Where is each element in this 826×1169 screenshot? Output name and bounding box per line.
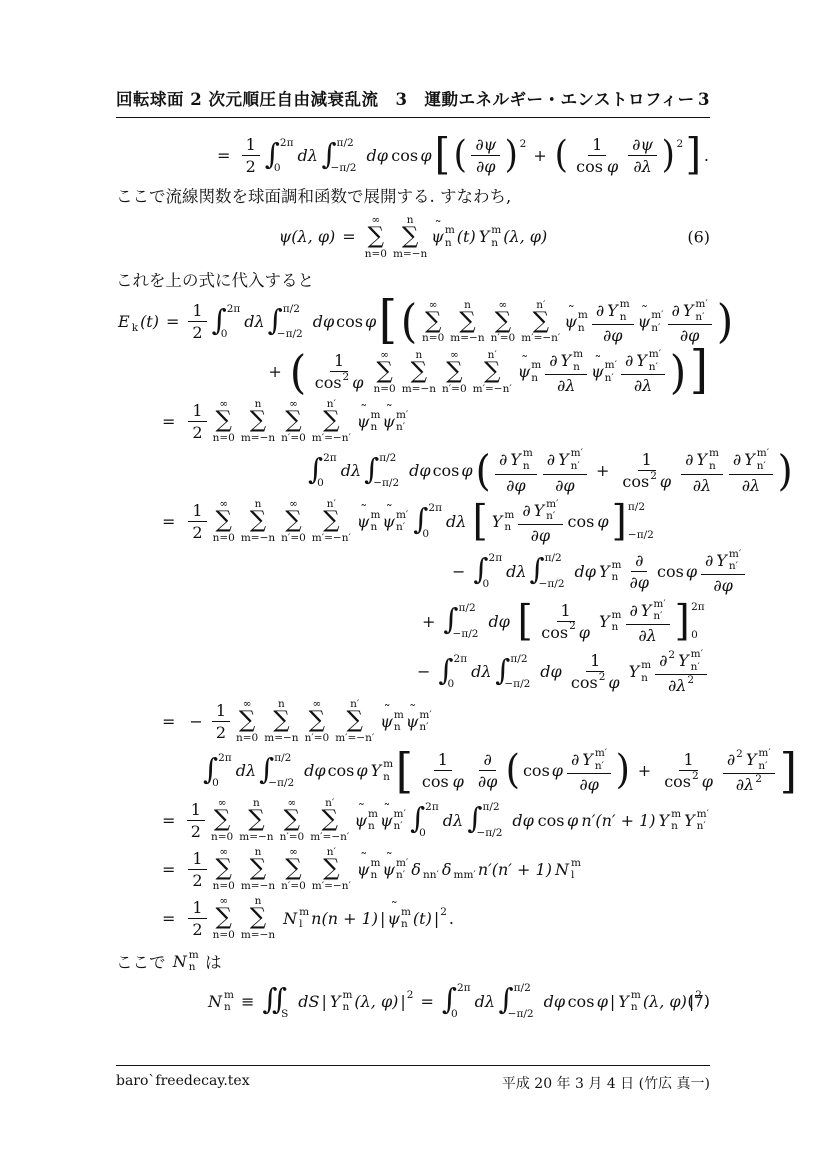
- script-base: Y: [599, 562, 610, 581]
- scripted-symbol: δnn′: [410, 860, 439, 879]
- fraction-numerator: ∂Ym′n′: [567, 747, 611, 774]
- accented-base: ˜ψ: [591, 362, 604, 381]
- fraction: ∂Ym′n′∂λ: [621, 348, 665, 395]
- script-stack: mn: [504, 509, 514, 534]
- math-symbol: ∂φ: [630, 573, 649, 592]
- math-symbol: cos: [336, 312, 363, 331]
- scripted-symbol: ˜ψmn: [387, 906, 411, 931]
- delimiter-glyph: ): [778, 452, 793, 491]
- scripted-symbol: Ymn: [329, 989, 353, 1014]
- delimiter: (: [554, 138, 568, 172]
- script-sup: m: [401, 906, 411, 919]
- math-symbol: 1: [246, 135, 256, 154]
- script-sub: n: [612, 571, 622, 584]
- sigma-glyph: ∑: [248, 809, 264, 831]
- math-symbol: =: [166, 312, 179, 331]
- math-symbol: cos: [315, 373, 342, 392]
- math-symbol: 2: [246, 157, 256, 176]
- eq-7-norm-definition: Nmn≡∬SdS|Ymn(λ, φ)|2=∫2π0dλ∫π/2−π/2dφcos…: [116, 981, 710, 1021]
- integral-upper-limit: π/2: [545, 553, 571, 564]
- sum-operator: ∞∑n=0: [365, 214, 387, 260]
- tilde-accent: ˜: [595, 356, 602, 370]
- eq-ek-line6: −∫2π0dλ∫π/2−π/2dφYmn∂∂φcosφ∂Ym′n′∂φ: [116, 548, 710, 595]
- math-symbol: ∂λ: [742, 476, 760, 495]
- integral-upper-limit: 2π: [323, 453, 337, 464]
- delimiter-glyph: ]: [686, 136, 701, 176]
- scripted-symbol: ˜ψm′n′: [591, 359, 617, 384]
- accented-base: ˜ψ: [387, 909, 400, 928]
- delimiter-glyph: [: [396, 749, 413, 793]
- script-stack: m′n′: [546, 498, 558, 523]
- delimiter: [: [472, 502, 488, 541]
- math-symbol: φ: [597, 992, 608, 1011]
- fraction-denominator: ∂φ: [527, 525, 554, 545]
- scripted-symbol: Ymn: [560, 348, 584, 373]
- script-base: Y: [492, 512, 503, 531]
- math-symbol: φ: [461, 461, 472, 480]
- fraction: ∂Ymn∂λ: [545, 348, 587, 395]
- delimiter-glyph: [: [473, 502, 488, 541]
- fraction-numerator: 1: [188, 849, 206, 870]
- script-sub: n′: [571, 460, 583, 473]
- script-sup: m′: [653, 598, 665, 611]
- script-stack: mn: [370, 509, 380, 534]
- math-symbol: ∂: [672, 301, 680, 320]
- scripted-symbol: ˜ψm′n′: [638, 309, 664, 334]
- fraction: ∂ψ∂λ: [628, 135, 657, 176]
- math-symbol: 2: [192, 423, 202, 442]
- sum-lower-limit: n=0: [373, 383, 395, 395]
- math-symbol: φ: [702, 772, 713, 791]
- sigma-glyph: ∑: [273, 710, 289, 732]
- scripted-symbol: ˜ψmn: [380, 709, 404, 734]
- script-sup: m: [578, 309, 588, 322]
- sum-lower-limit: n′=0: [491, 332, 516, 344]
- delimiter: ]π/2−π/2: [611, 502, 654, 541]
- delimiter-glyph: ]: [674, 602, 689, 641]
- script-stack: m′n′: [419, 709, 431, 734]
- scripted-symbol: ˜ψmn: [518, 359, 542, 384]
- math-symbol: cos: [422, 772, 449, 791]
- accented-base: ˜ψ: [638, 312, 651, 331]
- math-symbol: =: [162, 412, 175, 431]
- script-sup: m′: [691, 648, 703, 661]
- math-symbol: |: [380, 909, 385, 928]
- equation-number: (6): [687, 227, 710, 246]
- fraction: 1cos2φ: [311, 351, 368, 392]
- math-symbol: dφ: [544, 992, 565, 1011]
- tilde-accent: ˜: [383, 804, 390, 818]
- math-symbol: (t): [140, 312, 159, 331]
- script-sup: m: [370, 857, 380, 870]
- sigma-glyph: ∑: [323, 410, 339, 432]
- integral-lower-limit: 0: [317, 478, 331, 489]
- math-symbol: φ: [420, 146, 431, 165]
- fraction-numerator: 1: [188, 898, 206, 919]
- math-symbol: ∂: [483, 750, 491, 769]
- script-sup: m: [368, 808, 378, 821]
- fraction: 12: [188, 401, 206, 442]
- accented-base: ˜ψ: [382, 412, 395, 431]
- scripted-symbol: Ymn: [695, 447, 719, 472]
- integral-lower-limit: −π/2: [476, 828, 502, 839]
- fraction-denominator: ∂λ2: [664, 675, 698, 695]
- scripted-symbol: ˜ψm′n′: [382, 409, 408, 434]
- script-sub: n: [523, 460, 533, 473]
- math-symbol: 2: [216, 723, 226, 742]
- scripted-symbol: Ym′n′: [715, 548, 741, 573]
- eq-ek-line2: +(1cos2φ∞∑n=0n∑m=−n∞∑n′=0n′∑m′=−n′˜ψmn∂Y…: [116, 348, 710, 395]
- math-symbol: =: [162, 712, 175, 731]
- script-base: Y: [561, 351, 572, 370]
- fraction-denominator: ∂λ: [630, 375, 656, 395]
- script-base: Y: [659, 811, 670, 830]
- fraction-numerator: 1: [330, 351, 348, 372]
- math-symbol: ∂φ: [531, 526, 550, 545]
- fraction: ∂Ym′n′∂λ: [626, 598, 670, 645]
- script-stack: m′n′: [757, 447, 769, 472]
- eq-ek-line12: =12∞∑n=0n∑m=−n∞∑n′=0n′∑m′=−n′˜ψmn˜ψm′n′δ…: [116, 846, 710, 892]
- page-footer: baro`freedecay.tex 平成 20 年 3 月 4 日 (竹広 真…: [116, 1066, 710, 1093]
- sigma-glyph: ∑: [323, 510, 339, 532]
- integral-operator: ∫π/2−π/2: [321, 136, 363, 176]
- delimiter-glyph: ]: [690, 348, 708, 395]
- math-symbol: ∂: [659, 651, 667, 670]
- eq-ek-line4: ∫2π0dλ∫π/2−π/2dφcosφ(∂Ymn∂φ∂Ym′n′∂φ+1cos…: [116, 447, 710, 494]
- scripted-symbol: Ymn: [658, 808, 682, 833]
- integral-operator: ∫π/2−π/2: [443, 601, 485, 641]
- fraction: ∂Ymn∂φ: [592, 298, 634, 345]
- sum-lower-limit: m′=−n′: [473, 383, 512, 395]
- scripted-symbol: Ym′n′: [743, 447, 769, 472]
- script-sub: n′: [419, 721, 431, 734]
- delimiter-glyph: [: [379, 298, 397, 345]
- script-sup: m: [612, 559, 622, 572]
- fraction-numerator: 1: [588, 135, 606, 156]
- script-sub: n′: [396, 421, 408, 434]
- math-symbol: +: [596, 461, 609, 480]
- math-symbol: |: [400, 992, 405, 1011]
- sigma-glyph: ∑: [459, 311, 475, 333]
- math-symbol: φ: [686, 562, 697, 581]
- sigma-glyph: ∑: [250, 510, 266, 532]
- sigma-glyph: ∑: [425, 311, 441, 333]
- delimiter-glyph: (: [401, 300, 418, 342]
- accented-base: ˜ψ: [380, 712, 393, 731]
- delimiter: [: [395, 749, 414, 793]
- fraction-numerator: ∂Ym′n′: [729, 447, 773, 474]
- integral-lower-limit: 0: [212, 778, 226, 789]
- integral-upper-limit: 2π: [218, 753, 232, 764]
- math-symbol: 1: [191, 800, 201, 819]
- fraction-denominator: cos2φ: [537, 622, 594, 642]
- script-sup: m: [383, 758, 393, 771]
- math-symbol: =: [162, 909, 175, 928]
- math-symbol: ∂: [522, 501, 530, 520]
- tilde-accent: ˜: [409, 705, 416, 719]
- script-base: Y: [629, 662, 640, 681]
- integral-upper-limit: π/2: [283, 304, 309, 315]
- script-sup: m: [571, 857, 581, 870]
- math-symbol: φ: [567, 811, 578, 830]
- script-sub: n: [368, 820, 378, 833]
- fraction-denominator: ∂φ: [502, 475, 529, 495]
- script-sub: n′: [758, 760, 770, 773]
- sum-operator: ∞∑n′=0: [442, 349, 467, 395]
- math-symbol: dλ: [341, 461, 361, 480]
- text-run: ここで: [116, 949, 171, 973]
- delimiter: (: [289, 351, 307, 393]
- integral-lower-limit: S: [281, 1009, 288, 1020]
- math-symbol: dλ: [443, 811, 463, 830]
- math-symbol: (t): [457, 227, 476, 246]
- math-symbol: dφ: [304, 761, 325, 780]
- math-symbol: −: [189, 712, 202, 731]
- script-base: Y: [744, 450, 755, 469]
- script-stack: m′n′: [649, 348, 661, 373]
- scripted-symbol: ˜ψm′n′: [382, 509, 408, 534]
- script-stack: mn: [368, 808, 378, 833]
- math-symbol: =: [342, 227, 355, 246]
- script-sub: n: [445, 237, 455, 250]
- math-symbol: dφ: [575, 562, 596, 581]
- fraction: ∂Ymn∂φ: [495, 447, 537, 494]
- tilde-accent: ˜: [360, 405, 367, 419]
- integral-operator: ∫π/2−π/2: [364, 451, 406, 491]
- math-symbol: dφ: [366, 146, 387, 165]
- sigma-glyph: ∑: [214, 809, 230, 831]
- math-symbol: dφ: [512, 811, 533, 830]
- eq-ek-line7: +∫π/2−π/2dφ[1cos2φYmn∂Ym′n′∂λ]2π0: [116, 598, 710, 645]
- math-symbol: 1: [683, 750, 693, 769]
- script-stack: mn: [342, 989, 352, 1014]
- fraction-denominator: cosφ: [572, 156, 622, 176]
- fraction-denominator: ∂λ: [738, 475, 764, 495]
- delimiter: ): [669, 351, 687, 393]
- integral-lower-limit: 0: [451, 1009, 465, 1020]
- math-symbol: +: [533, 146, 546, 165]
- sum-lower-limit: n=0: [213, 880, 235, 892]
- math-symbol: cos: [328, 761, 355, 780]
- script-stack: mn: [401, 906, 411, 931]
- sum-lower-limit: m=−n: [264, 732, 298, 744]
- scripted-symbol: Ymn: [491, 509, 515, 534]
- delimiter: [: [434, 136, 451, 176]
- delimiter: ): [777, 452, 793, 491]
- script-stack: mn: [709, 447, 719, 472]
- math-symbol: |: [434, 909, 439, 928]
- superscript: 2: [520, 138, 527, 150]
- fraction-denominator: 2: [188, 919, 206, 939]
- scripted-symbol: Ymn: [370, 758, 394, 783]
- script-base: N: [555, 860, 569, 879]
- sum-lower-limit: n=0: [213, 532, 235, 544]
- script-sup: m: [504, 509, 514, 522]
- math-symbol: dλ: [244, 312, 264, 331]
- script-sup: m′: [695, 298, 707, 311]
- footer-date: 平成 20 年 3 月 4 日 (竹広 真一): [502, 1073, 710, 1093]
- script-sup: m′: [649, 348, 661, 361]
- integral-limits: π/2−π/2: [272, 751, 298, 791]
- script-stack: m′n′: [758, 747, 770, 772]
- fraction-numerator: ∂Ym′n′: [626, 598, 670, 625]
- tilde-accent: ˜: [358, 804, 365, 818]
- scripted-symbol: δmm′: [441, 860, 476, 879]
- math-symbol: dφ: [488, 612, 509, 631]
- sigma-glyph: ∑: [285, 510, 301, 532]
- script-stack: m′n′: [653, 598, 665, 623]
- script-base: Y: [683, 301, 694, 320]
- sum-lower-limit: n′=0: [281, 880, 306, 892]
- fraction: 12: [188, 898, 206, 939]
- script-sub: l: [571, 869, 581, 882]
- script-base: Y: [510, 450, 521, 469]
- integral-lower-limit: −π/2: [268, 778, 294, 789]
- math-symbol: |: [610, 992, 615, 1011]
- fraction: ∂Ymn∂λ: [681, 447, 723, 494]
- script-stack: mn: [189, 949, 199, 974]
- script-sub: n′: [394, 820, 406, 833]
- superscript: 2: [755, 773, 762, 785]
- scripted-symbol: Ym′n′: [683, 808, 709, 833]
- integral-operator: ∫π/2−π/2: [495, 652, 537, 692]
- script-stack: m′n′: [595, 747, 607, 772]
- math-symbol: φ: [356, 761, 367, 780]
- integral-operator: ∫2π0: [308, 451, 338, 491]
- math-symbol: dλ: [446, 512, 466, 531]
- superscript: 2: [599, 671, 606, 683]
- text-here-N: ここで Nmn は: [116, 944, 710, 978]
- integral-upper-limit: 2π: [428, 503, 442, 514]
- script-stack: mn: [641, 659, 651, 684]
- script-sub: n: [189, 961, 199, 974]
- script-sub: n: [370, 869, 380, 882]
- script-stack: m′n′: [691, 648, 703, 673]
- sigma-glyph: ∑: [284, 809, 300, 831]
- sum-lower-limit: m=−n: [241, 432, 275, 444]
- header-page-number: 3: [698, 90, 710, 109]
- math-symbol: 1: [590, 651, 600, 670]
- math-symbol: 2: [192, 323, 202, 342]
- eq-ek-line9: =−12∞∑n=0n∑m=−n∞∑n′=0n′∑m′=−n′˜ψmn˜ψm′n′: [116, 698, 710, 744]
- math-symbol: ∂ψ: [632, 135, 653, 154]
- script-stack: mn: [445, 224, 455, 249]
- math-symbol: φ: [607, 157, 618, 176]
- integral-limits: π/2−π/2: [543, 551, 569, 591]
- math-symbol: ∂φ: [506, 476, 525, 495]
- scripted-symbol: Ym′n′: [557, 447, 583, 472]
- script-base: N: [173, 952, 187, 971]
- sum-lower-limit: m′=−n′: [312, 880, 351, 892]
- scripted-symbol: ˜ψmn: [357, 857, 381, 882]
- accented-base: ˜ψ: [380, 811, 393, 830]
- delimiter: (: [400, 300, 418, 342]
- script-sub: n: [531, 372, 541, 385]
- script-sup: m: [620, 298, 630, 311]
- sum-operator: n′∑m′=−n′: [310, 797, 349, 843]
- math-symbol: ∂λ: [633, 157, 651, 176]
- math-symbol: .: [449, 909, 454, 928]
- math-symbol: dλ: [471, 662, 491, 681]
- superscript: 2: [668, 649, 675, 661]
- script-sup: m′: [419, 709, 431, 722]
- fraction-denominator: 2: [188, 870, 206, 890]
- scripted-symbol: Ym′n′: [677, 648, 703, 673]
- fraction-numerator: ∂Ym′n′: [668, 298, 712, 325]
- header-title: 回転球面 2 次元順圧自由減衰乱流 3 運動エネルギー・エンストロフィー: [116, 86, 695, 110]
- sum-operator: ∞∑n=0: [211, 797, 233, 843]
- fraction-denominator: cos2φ: [660, 771, 717, 791]
- delimiter: ]2π0: [674, 602, 705, 641]
- fraction-numerator: ∂ψ: [471, 135, 500, 156]
- sum-lower-limit: n=0: [236, 732, 258, 744]
- scripted-symbol: ˜ψmn: [431, 224, 455, 249]
- sum-operator: ∞∑n′=0: [280, 797, 305, 843]
- sum-operator: n′∑m′=−n′: [312, 398, 351, 444]
- fraction-denominator: cosφ: [418, 771, 468, 791]
- script-sub: n: [573, 361, 583, 374]
- integral-operator: ∫2π0: [438, 652, 468, 692]
- sigma-glyph: ∑: [216, 907, 232, 929]
- fraction-denominator: ∂λ: [553, 375, 579, 395]
- sum-operator: n∑m=−n: [393, 214, 427, 260]
- math-symbol: =: [162, 811, 175, 830]
- integral-limits: π/2−π/2: [281, 302, 307, 342]
- script-sup: m′: [546, 498, 558, 511]
- delimiter-glyph: (: [453, 138, 466, 172]
- script-sup: m: [394, 709, 404, 722]
- script-base: Y: [746, 750, 757, 769]
- script-sub: n′: [691, 661, 703, 674]
- eq-ek-line13: =12∞∑n=0n∑m=−nNmln(n + 1)|˜ψmn(t)|2.: [116, 895, 710, 941]
- fraction: ∂Ym′n′∂φ: [543, 447, 587, 494]
- fraction-numerator: 1: [188, 501, 206, 522]
- integral-operator: ∫π/2−π/2: [259, 751, 301, 791]
- scripted-symbol: Nml: [282, 906, 309, 931]
- integral-limits: π/2−π/2: [508, 652, 534, 692]
- accented-base: ˜ψ: [564, 312, 577, 331]
- fraction: 1cos2φ: [660, 750, 717, 791]
- integral-limits: π/2−π/2: [377, 451, 403, 491]
- script-sup: m′: [396, 857, 408, 870]
- sum-lower-limit: m′=−n′: [312, 532, 351, 544]
- scripted-symbol: Nmn: [207, 989, 234, 1014]
- math-symbol: cos: [541, 623, 568, 642]
- delimiter-glyph: (: [506, 752, 520, 789]
- script-stack: mn: [631, 989, 641, 1014]
- script-base: Y: [558, 450, 569, 469]
- script-stack: mn: [573, 348, 583, 373]
- script-base: Y: [716, 551, 727, 570]
- sum-operator: ∞∑n′=0: [491, 299, 516, 345]
- math-symbol: cos: [538, 811, 565, 830]
- math-symbol: 1: [216, 701, 226, 720]
- script-sub: n′: [595, 760, 607, 773]
- integral-lower-limit: 0: [422, 529, 436, 540]
- math-symbol: cos: [664, 772, 691, 791]
- scripted-symbol: ˜ψm′n′: [406, 709, 432, 734]
- script-sup: m: [612, 609, 622, 622]
- math-symbol: (λ, φ): [354, 992, 398, 1011]
- math-symbol: 2: [192, 871, 202, 890]
- script-base: Y: [479, 227, 490, 246]
- sum-lower-limit: n′=0: [305, 732, 330, 744]
- fraction-numerator: ∂Ymn: [495, 447, 537, 474]
- sum-lower-limit: n′=0: [280, 831, 305, 843]
- fraction-denominator: 2: [212, 722, 230, 742]
- math-symbol: ∂λ: [693, 476, 711, 495]
- scripted-symbol: ˜ψmn: [564, 309, 588, 334]
